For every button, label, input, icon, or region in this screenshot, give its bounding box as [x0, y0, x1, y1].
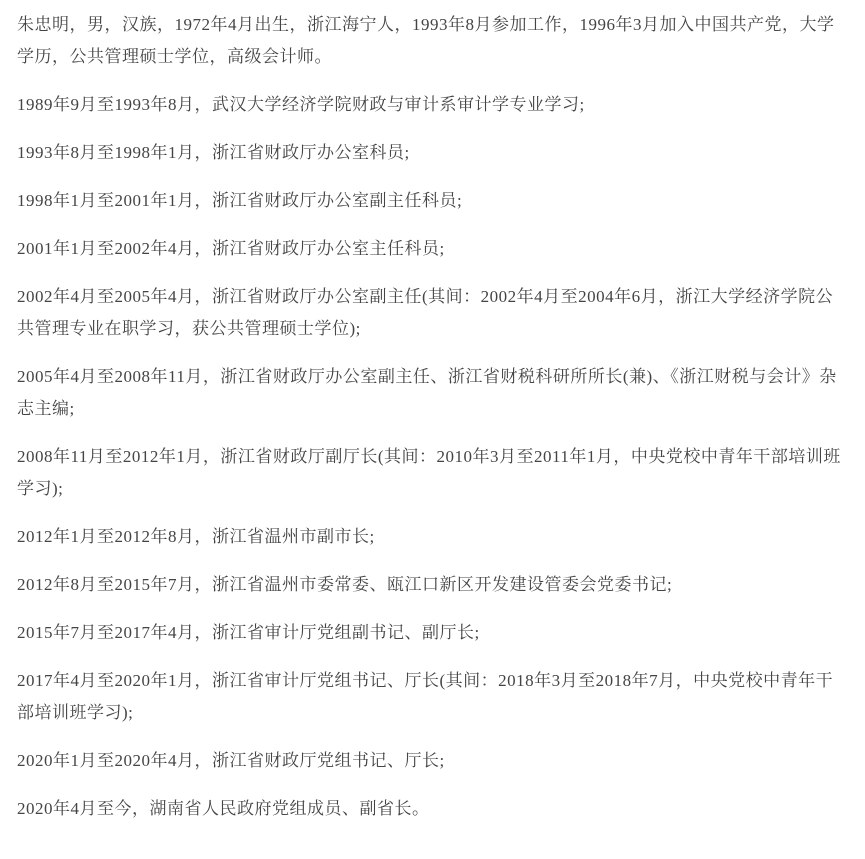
bio-intro-paragraph: 朱忠明，男，汉族，1972年4月出生，浙江海宁人，1993年8月参加工作，199…	[17, 9, 847, 73]
bio-resume-entry-2: 1993年8月至1998年1月，浙江省财政厅办公室科员;	[17, 137, 847, 169]
bio-resume-entry-10: 2015年7月至2017年4月，浙江省审计厅党组副书记、副厅长;	[17, 617, 847, 649]
bio-resume-entry-13: 2020年4月至今，湖南省人民政府党组成员、副省长。	[17, 793, 847, 825]
bio-resume-entry-4: 2001年1月至2002年4月，浙江省财政厅办公室主任科员;	[17, 233, 847, 265]
bio-resume-entry-6: 2005年4月至2008年11月，浙江省财政厅办公室副主任、浙江省财税科研所所长…	[17, 361, 847, 425]
bio-resume-entry-9: 2012年8月至2015年7月，浙江省温州市委常委、瓯江口新区开发建设管委会党委…	[17, 569, 847, 601]
bio-resume-entry-1: 1989年9月至1993年8月，武汉大学经济学院财政与审计系审计学专业学习;	[17, 89, 847, 121]
bio-resume-entry-12: 2020年1月至2020年4月，浙江省财政厅党组书记、厅长;	[17, 745, 847, 777]
bio-resume-entry-11: 2017年4月至2020年1月，浙江省审计厅党组书记、厅长(其间：2018年3月…	[17, 665, 847, 729]
bio-resume-entry-3: 1998年1月至2001年1月，浙江省财政厅办公室副主任科员;	[17, 185, 847, 217]
bio-resume-entry-8: 2012年1月至2012年8月，浙江省温州市副市长;	[17, 521, 847, 553]
bio-resume-entry-7: 2008年11月至2012年1月，浙江省财政厅副厅长(其间：2010年3月至20…	[17, 441, 847, 505]
bio-resume-entry-5: 2002年4月至2005年4月，浙江省财政厅办公室副主任(其间：2002年4月至…	[17, 281, 847, 345]
biography-document: 朱忠明，男，汉族，1972年4月出生，浙江海宁人，1993年8月参加工作，199…	[0, 0, 865, 825]
